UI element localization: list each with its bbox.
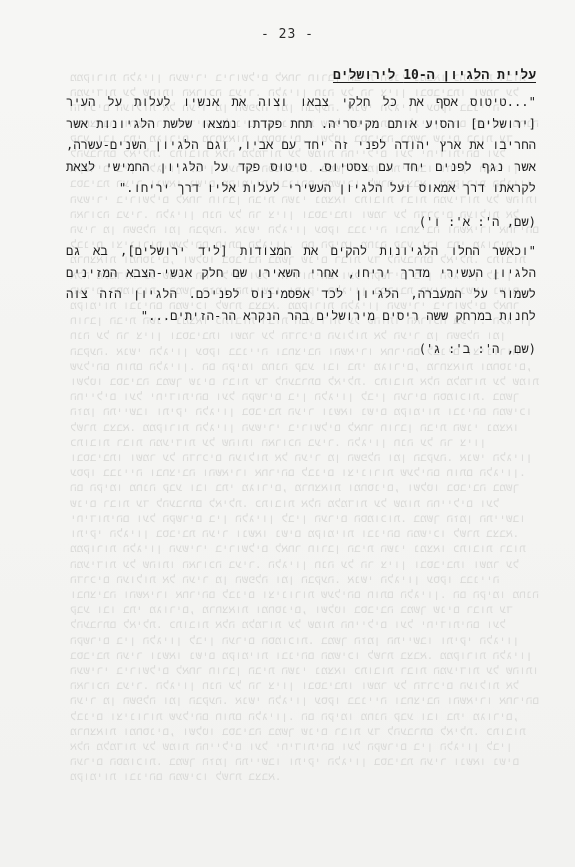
quote-paragraph: "וכאשר החלו הלגיונות להקים את המצודות [ל… — [66, 241, 536, 327]
document-page: ממקורות הלגיון העשירי בירושלים לאחר חורב… — [0, 0, 575, 867]
page-number: - 23 - — [0, 27, 575, 42]
section-heading: עליית הלגיון ה-10 לירושלים — [66, 66, 536, 86]
document-body: עליית הלגיון ה-10 לירושלים "...טיטוס אסף… — [66, 66, 536, 369]
quote-citation: (שם, ה': ב': ג') — [66, 339, 536, 361]
quote-citation: (שם, ה': א': ו') — [66, 212, 536, 234]
quote-paragraph: "...טיטוס אסף את כל חלקי צבאו וצוה את אנ… — [66, 92, 536, 200]
